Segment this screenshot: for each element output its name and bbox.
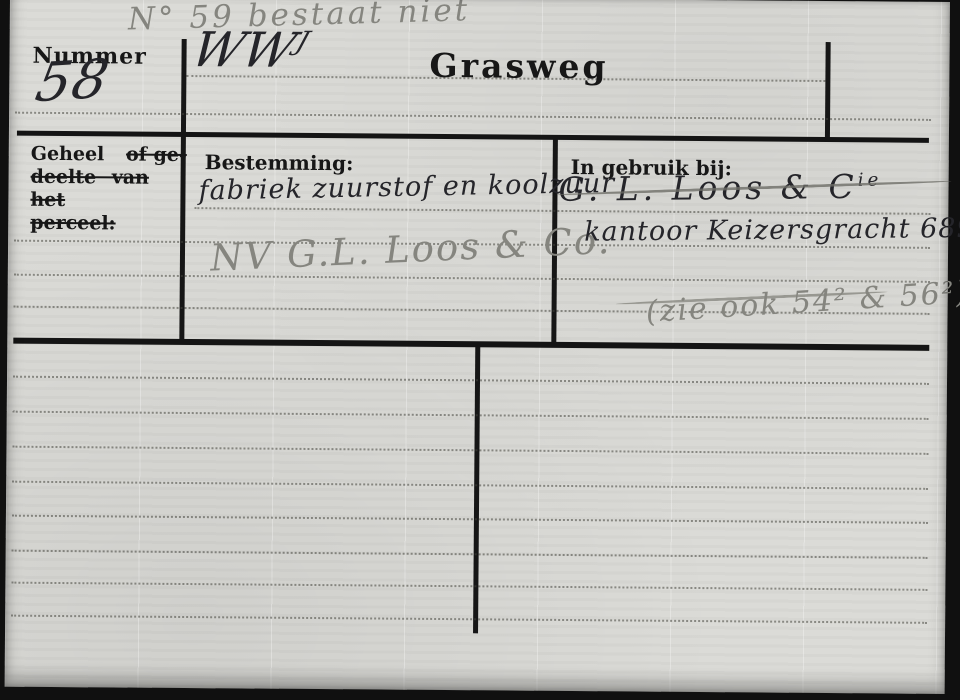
dotted-line (12, 550, 928, 559)
dotted-line (12, 515, 928, 524)
clerk-initials: WWJ (184, 22, 315, 79)
parcel-line-3: perceel: (30, 212, 186, 236)
dotted-line (12, 446, 928, 455)
index-card: N° 59 bestaat niet Nummer 58 WWJ Grasweg… (5, 0, 950, 694)
parcel-label-block: Geheel of ge- deelte van het perceel: (30, 143, 187, 236)
parcel-word-geheel: Geheel (31, 143, 105, 167)
horizontal-rule-middle (13, 338, 929, 351)
street-title: Grasweg (429, 46, 608, 86)
dotted-line (15, 112, 931, 121)
dotted-line (11, 582, 927, 591)
scan-background: { "card": { "top_note": "N° 59 bestaat n… (0, 0, 960, 700)
horizontal-rule-header (17, 131, 929, 143)
gebruik-entry-ink-superscript: ie (858, 170, 883, 191)
dotted-line (13, 376, 929, 385)
parcel-struck-of-ge: of ge- (126, 144, 187, 167)
dotted-line (13, 411, 929, 420)
dotted-line (14, 274, 930, 283)
gebruik-entry-line2: kantoor Keizersgracht 689. (584, 213, 960, 248)
vertical-rule-bottom-center (473, 343, 480, 633)
parcel-line-1: Geheel of ge- (31, 143, 187, 167)
bestemming-label: Bestemming: (205, 150, 354, 175)
dotted-line (11, 615, 927, 624)
dotted-line (12, 481, 928, 490)
clerk-initials-text: WW (184, 22, 303, 79)
vertical-rule-top-right (825, 42, 831, 140)
gebruik-note-pencil: (zie ook 54² & 56²) (645, 275, 960, 330)
nummer-value: 58 (31, 47, 115, 114)
parcel-line-2: deelte van het (30, 166, 186, 213)
